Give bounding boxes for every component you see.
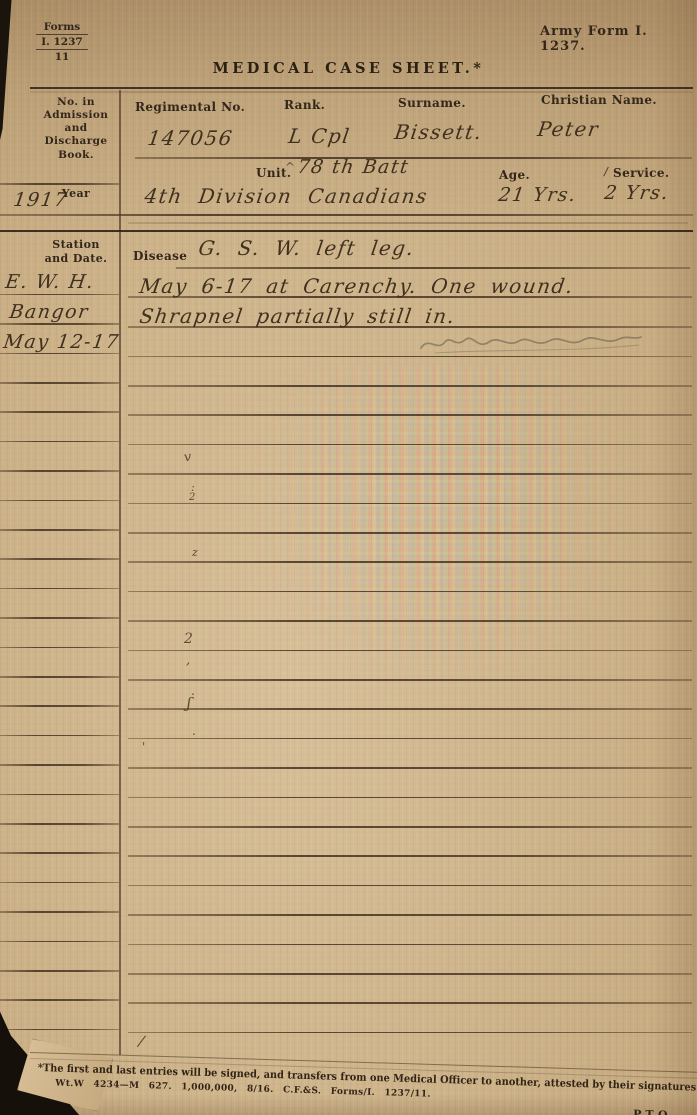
admission-book-label: No. in Admission and Discharge Book. bbox=[34, 96, 118, 162]
ruled-line bbox=[128, 738, 692, 740]
ink-mark: . bbox=[192, 724, 196, 738]
medical-case-sheet-page: Forms I. 1237 11 Army Form I. 1237. MEDI… bbox=[0, 0, 697, 1115]
station-entry: E. W. H. bbox=[4, 271, 96, 293]
ink-mark: z bbox=[192, 546, 198, 559]
ruled-line bbox=[0, 794, 119, 796]
regimental-no-value: 147056 bbox=[146, 126, 235, 150]
form-ref-line1: Forms bbox=[36, 20, 88, 35]
ruled-line bbox=[0, 647, 119, 649]
medical-officer-signature bbox=[415, 326, 645, 360]
ruled-line bbox=[0, 676, 119, 678]
ruled-line bbox=[0, 294, 119, 296]
ruled-line bbox=[0, 941, 119, 943]
ruled-line bbox=[0, 558, 119, 560]
ruled-line bbox=[0, 970, 119, 972]
ruled-line bbox=[0, 214, 693, 216]
christian-name-label: Christian Name. bbox=[541, 93, 657, 107]
case-entry: May 6-17 at Carenchy. One wound. bbox=[138, 274, 576, 298]
ruled-line bbox=[128, 222, 688, 224]
column-divider bbox=[119, 90, 121, 1055]
age-value: 21 Yrs. bbox=[497, 184, 578, 206]
ruled-line bbox=[0, 999, 119, 1001]
ruled-line bbox=[128, 885, 692, 887]
ruled-line bbox=[0, 411, 119, 413]
ruled-line bbox=[128, 650, 692, 652]
page-title: MEDICAL CASE SHEET.* bbox=[0, 60, 697, 77]
ruled-line bbox=[128, 1002, 692, 1004]
ruled-line bbox=[128, 914, 692, 916]
ruled-line bbox=[128, 855, 692, 857]
ruled-line bbox=[128, 561, 692, 563]
ruled-line bbox=[0, 852, 119, 854]
rank-label: Rank. bbox=[284, 98, 325, 112]
ruled-line bbox=[128, 973, 692, 975]
pto-label: P.T.O. bbox=[633, 1108, 673, 1115]
service-label: Service. bbox=[613, 166, 669, 180]
year-value: 1917 bbox=[12, 189, 69, 211]
ruled-line bbox=[128, 679, 692, 681]
ruled-line bbox=[0, 764, 119, 766]
form-reference-block: Forms I. 1237 11 bbox=[36, 20, 88, 65]
ruled-line bbox=[0, 882, 119, 884]
ruled-line bbox=[0, 441, 119, 443]
ruled-line bbox=[128, 1032, 692, 1034]
ruled-line bbox=[0, 382, 119, 384]
surname-label: Surname. bbox=[398, 96, 466, 110]
rank-value: L Cpl bbox=[287, 124, 352, 148]
age-label: Age. bbox=[499, 168, 530, 182]
station-date-label: Station and Date. bbox=[34, 238, 118, 267]
ruled-line bbox=[0, 1029, 119, 1031]
ruled-line bbox=[128, 385, 692, 387]
ruled-line bbox=[135, 157, 692, 159]
ruled-line bbox=[128, 826, 692, 828]
ruled-line bbox=[128, 944, 692, 946]
ruled-line bbox=[128, 797, 692, 799]
scan-moire-artifact bbox=[240, 365, 640, 705]
ink-mark: ' bbox=[142, 740, 145, 754]
ruled-line bbox=[128, 708, 692, 710]
ink-mark: 2 bbox=[184, 631, 193, 647]
ruled-line bbox=[128, 414, 692, 416]
form-ref-line2: I. 1237 bbox=[36, 35, 88, 50]
station-entry: May 12-17 bbox=[2, 331, 121, 353]
ruled-line bbox=[128, 473, 692, 475]
ink-mark: v bbox=[183, 450, 192, 466]
service-value: 2 Yrs. bbox=[603, 182, 671, 204]
case-entry: Shrapnel partially still in. bbox=[138, 304, 457, 328]
ruled-line bbox=[0, 529, 119, 531]
ruled-line bbox=[0, 705, 119, 707]
ruled-line bbox=[0, 911, 119, 913]
ruled-line bbox=[0, 588, 119, 590]
disease-value: G. S. W. left leg. bbox=[197, 236, 416, 260]
christian-name-value: Peter bbox=[536, 117, 601, 141]
ink-mark: / bbox=[604, 165, 608, 178]
ruled-line bbox=[128, 503, 692, 505]
ruled-line bbox=[128, 532, 692, 534]
ruled-line bbox=[0, 183, 119, 185]
ink-mark: 2 bbox=[189, 492, 195, 503]
ruled-line bbox=[128, 591, 692, 593]
army-form-number: Army Form I. 1237. bbox=[540, 24, 697, 54]
ruled-line bbox=[176, 267, 690, 269]
ink-mark: / bbox=[137, 1032, 145, 1051]
ruled-line bbox=[128, 620, 692, 622]
ruled-line bbox=[0, 323, 119, 325]
regimental-no-label: Regimental No. bbox=[135, 100, 245, 114]
unit-division-value: 4th Division Canadians bbox=[143, 184, 430, 208]
ruled-line bbox=[0, 470, 119, 472]
section-separator-rule bbox=[0, 230, 693, 233]
ruled-line bbox=[128, 767, 692, 769]
surname-value: Bissett. bbox=[393, 120, 484, 144]
caret-ink-mark: ^ bbox=[285, 160, 295, 174]
disease-label: Disease bbox=[133, 249, 187, 263]
station-entry: Bangor bbox=[8, 301, 90, 323]
unit-value: 78 th Batt bbox=[296, 156, 411, 178]
ruled-line bbox=[128, 444, 692, 446]
ruled-line bbox=[0, 735, 119, 737]
ruled-line bbox=[0, 823, 119, 825]
ruled-line bbox=[0, 617, 119, 619]
ruled-line bbox=[0, 500, 119, 502]
ink-mark: , bbox=[186, 653, 190, 668]
title-rule bbox=[30, 87, 693, 89]
